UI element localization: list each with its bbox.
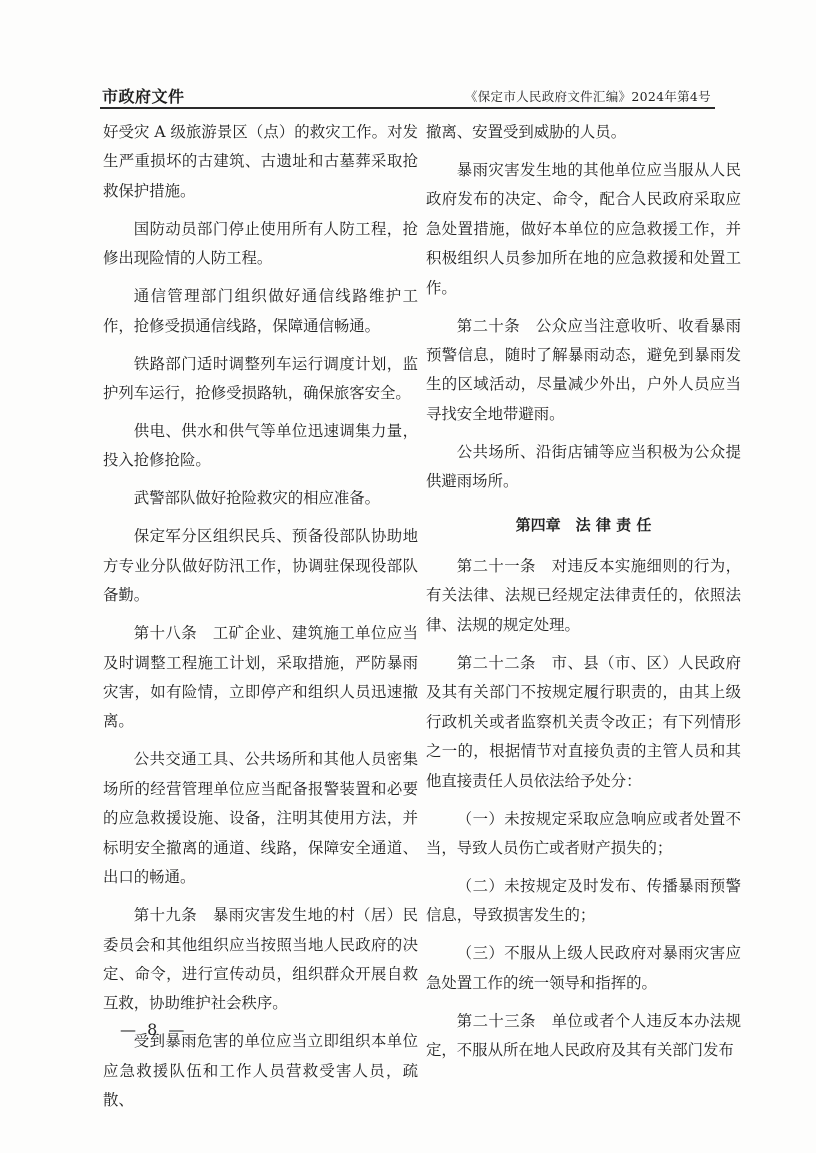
article-19: 第十九条 暴雨灾害发生地的村（居）民委员会和其他组织应当按照当地人民政府的决定、…	[103, 901, 418, 1019]
header-right-title: 《保定市人民政府文件汇编》2024年第4号	[465, 87, 711, 105]
article-23: 第二十三条 单位或者个人违反本办法规定，不服从所在地人民政府及其有关部门发布	[426, 1007, 741, 1066]
header-left-title: 市政府文件	[102, 84, 185, 107]
list-item: （一）未按规定采取应急响应或者处置不当，导致人员伤亡或者财产损失的；	[426, 805, 741, 864]
page-number: — 8 —	[120, 1020, 187, 1039]
article-21: 第二十一条 对违反本实施细则的行为，有关法律、法规已经规定法律责任的，依照法律、…	[426, 552, 741, 640]
paragraph: 公共场所、沿街店铺等应当积极为公众提供避雨场所。	[426, 438, 741, 497]
article-22: 第二十二条 市、县（市、区）人民政府及其有关部门不按规定履行职责的，由其上级行政…	[426, 649, 741, 796]
paragraph: 暴雨灾害发生地的其他单位应当服从人民政府发布的决定、命令，配合人民政府采取应急处…	[426, 156, 741, 303]
article-18: 第十八条 工矿企业、建筑施工单位应当及时调整工程施工计划，采取措施，严防暴雨灾害…	[103, 619, 418, 737]
paragraph: 铁路部门适时调整列车运行调度计划，监护列车运行，抢修受损路轨，确保旅客安全。	[103, 350, 418, 409]
header-divider	[100, 107, 715, 109]
paragraph: 撤离、安置受到威胁的人员。	[426, 118, 741, 147]
paragraph: 好受灾 A 级旅游景区（点）的救灾工作。对发生严重损坏的古建筑、古遗址和古墓葬采…	[103, 118, 418, 206]
right-column: 撤离、安置受到威胁的人员。 暴雨灾害发生地的其他单位应当服从人民政府发布的决定、…	[426, 118, 741, 1074]
paragraph: 保定军分区组织民兵、预备役部队协助地方专业分队做好防汛工作，协调驻保现役部队备勤…	[103, 522, 418, 610]
paragraph: 国防动员部门停止使用所有人防工程，抢修出现险情的人防工程。	[103, 215, 418, 274]
left-column: 好受灾 A 级旅游景区（点）的救灾工作。对发生严重损坏的古建筑、古遗址和古墓葬采…	[103, 118, 418, 1124]
paragraph: 供电、供水和供气等单位迅速调集力量，投入抢修抢险。	[103, 417, 418, 476]
chapter-title: 第四章 法 律 责 任	[426, 511, 741, 540]
page-header: 市政府文件 《保定市人民政府文件汇编》2024年第4号	[100, 84, 715, 106]
list-item: （三）不服从上级人民政府对暴雨灾害应急处置工作的统一领导和指挥的。	[426, 939, 741, 998]
paragraph: 公共交通工具、公共场所和其他人员密集场所的经营管理单位应当配备报警装置和必要的应…	[103, 745, 418, 892]
list-item: （二）未按规定及时发布、传播暴雨预警信息，导致损害发生的；	[426, 872, 741, 931]
paragraph: 受到暴雨危害的单位应当立即组织本单位应急救援队伍和工作人员营救受害人员，疏散、	[103, 1027, 418, 1115]
article-20: 第二十条 公众应当注意收听、收看暴雨预警信息，随时了解暴雨动态，避免到暴雨发生的…	[426, 312, 741, 430]
paragraph: 通信管理部门组织做好通信线路维护工作，抢修受损通信线路，保障通信畅通。	[103, 282, 418, 341]
paragraph: 武警部队做好抢险救灾的相应准备。	[103, 484, 418, 513]
